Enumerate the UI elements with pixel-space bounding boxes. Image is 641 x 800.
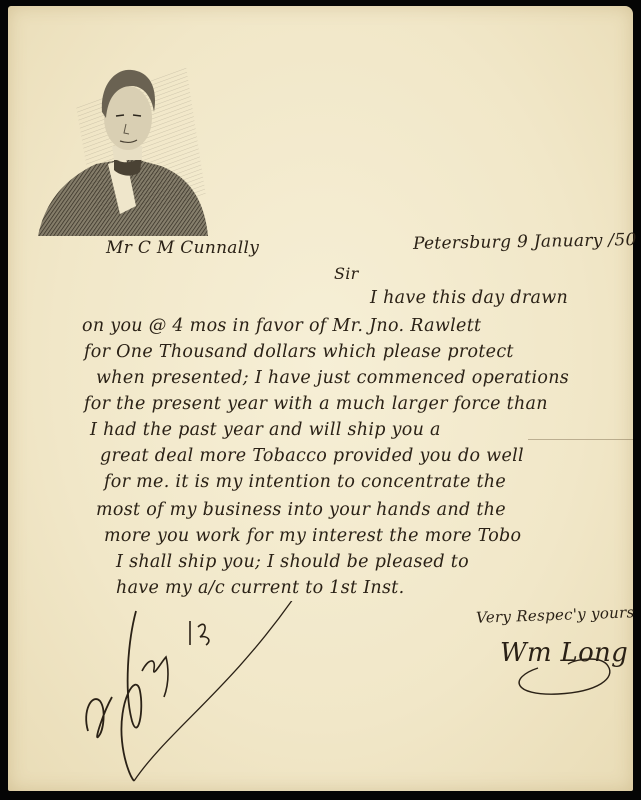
body-line: I had the past year and will ship you a — [90, 420, 441, 440]
salutation: Sir — [334, 264, 359, 283]
body-line: for One Thousand dollars which please pr… — [84, 342, 514, 362]
dateline: Petersburg 9 January /50 — [413, 230, 637, 254]
body-line: when presented; I have just commenced op… — [96, 368, 569, 388]
body-line: I have this day drawn — [370, 288, 568, 308]
body-line: have my a/c current to 1st Inst. — [116, 578, 404, 598]
letter-paper: Mr C M Cunnally Petersburg 9 January /50… — [8, 6, 633, 791]
body-line: most of my business into your hands and … — [96, 500, 506, 520]
engraved-portrait-icon — [36, 46, 216, 241]
closing: Very Respec'y yours — [476, 603, 635, 627]
addressee: Mr C M Cunnally — [106, 238, 259, 258]
body-line: more you work for my interest the more T… — [104, 526, 521, 546]
body-line: great deal more Tobacco provided you do … — [100, 446, 524, 466]
body-line: on you @ 4 mos in favor of Mr. Jno. Rawl… — [82, 316, 481, 336]
body-line: I shall ship you; I should be pleased to — [116, 552, 469, 572]
signature-flourish-icon — [498, 648, 618, 698]
body-line: for me. it is my intention to concentrat… — [104, 472, 506, 492]
body-line: for the present year with a much larger … — [84, 394, 548, 414]
paper-fold-line — [528, 439, 633, 440]
